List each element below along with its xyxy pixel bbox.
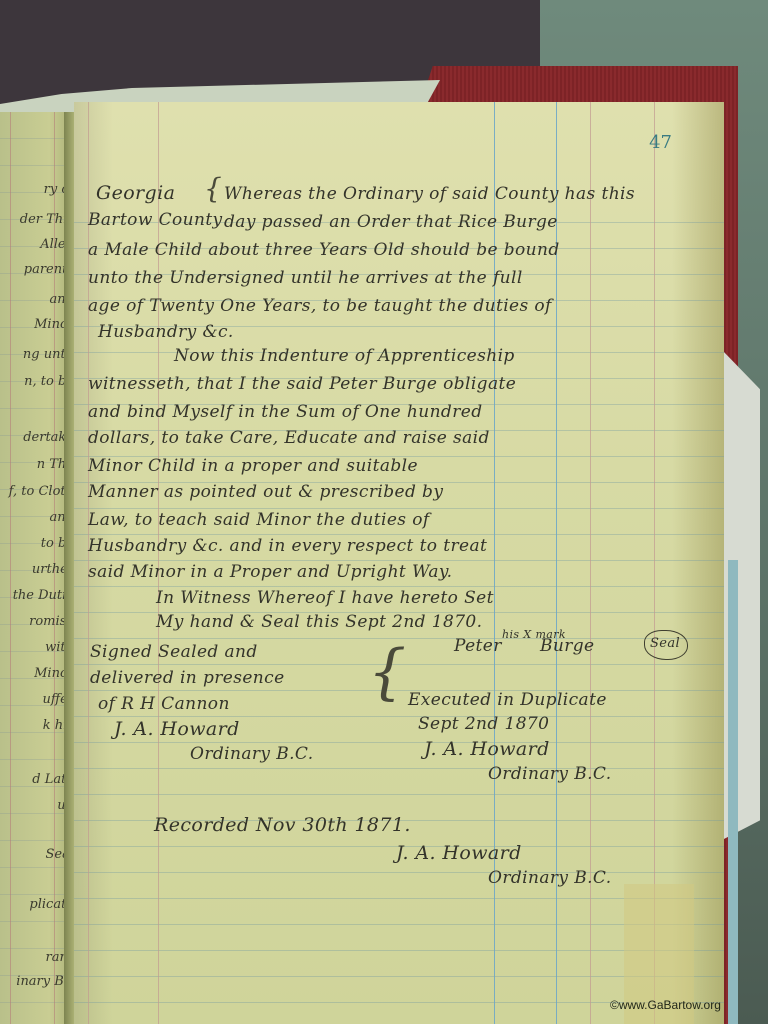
brace-icon: { bbox=[368, 642, 407, 702]
duplicate-line: Executed in Duplicate bbox=[408, 690, 607, 710]
margin-state: Georgia bbox=[96, 182, 175, 204]
body-line: Manner as pointed out & prescribed by bbox=[88, 482, 443, 502]
copyright-watermark: ©www.GaBartow.org bbox=[610, 998, 721, 1012]
body-line: unto the Undersigned until he arrives at… bbox=[88, 268, 523, 288]
body-line: said Minor in a Proper and Upright Way. bbox=[88, 562, 452, 582]
ledger-page: 47 Georgia Bartow County { Whereas the O… bbox=[74, 102, 724, 1024]
margin-county: Bartow County bbox=[88, 210, 223, 230]
body-line: age of Twenty One Years, to be taught th… bbox=[88, 296, 552, 316]
witness-line: J. A. Howard bbox=[114, 718, 240, 740]
witness-line: delivered in presence bbox=[90, 668, 285, 688]
signature-name: Peter bbox=[454, 636, 502, 656]
witness-line: of R H Cannon bbox=[98, 694, 230, 714]
body-line: Now this Indenture of Apprenticeship bbox=[174, 346, 515, 366]
seal-label: Seal bbox=[650, 636, 680, 651]
duplicate-line: Ordinary B.C. bbox=[488, 764, 612, 784]
body-line: In Witness Whereof I have hereto Set bbox=[156, 588, 494, 608]
brace-icon: { bbox=[204, 172, 222, 205]
signature-surname: Burge bbox=[540, 636, 595, 656]
body-line: Law, to teach said Minor the duties of bbox=[88, 510, 430, 530]
body-line: Whereas the Ordinary of said County has … bbox=[224, 184, 635, 204]
witness-line: Ordinary B.C. bbox=[190, 744, 314, 764]
body-line: day passed an Order that Rice Burge bbox=[224, 212, 558, 232]
body-line: Husbandry &c. bbox=[98, 322, 234, 342]
duplicate-line: J. A. Howard bbox=[424, 738, 550, 760]
recorded-title: Ordinary B.C. bbox=[488, 868, 612, 888]
body-line: and bind Myself in the Sum of One hundre… bbox=[88, 402, 482, 422]
recorded-date: Recorded Nov 30th 1871. bbox=[154, 814, 411, 836]
recorded-signer: J. A. Howard bbox=[396, 842, 522, 864]
body-line: My hand & Seal this Sept 2nd 1870. bbox=[156, 612, 482, 632]
duplicate-line: Sept 2nd 1870 bbox=[418, 714, 549, 734]
body-line: a Male Child about three Years Old shoul… bbox=[88, 240, 560, 260]
body-line: Minor Child in a proper and suitable bbox=[88, 456, 418, 476]
body-line: Husbandry &c. and in every respect to tr… bbox=[88, 536, 487, 556]
ledger-page-edge bbox=[728, 560, 738, 1024]
witness-line: Signed Sealed and bbox=[90, 642, 258, 662]
body-line: dollars, to take Care, Educate and raise… bbox=[88, 428, 490, 448]
margin-rule bbox=[10, 112, 11, 1024]
page-number: 47 bbox=[649, 132, 672, 153]
body-line: witnesseth, that I the said Peter Burge … bbox=[88, 374, 516, 394]
